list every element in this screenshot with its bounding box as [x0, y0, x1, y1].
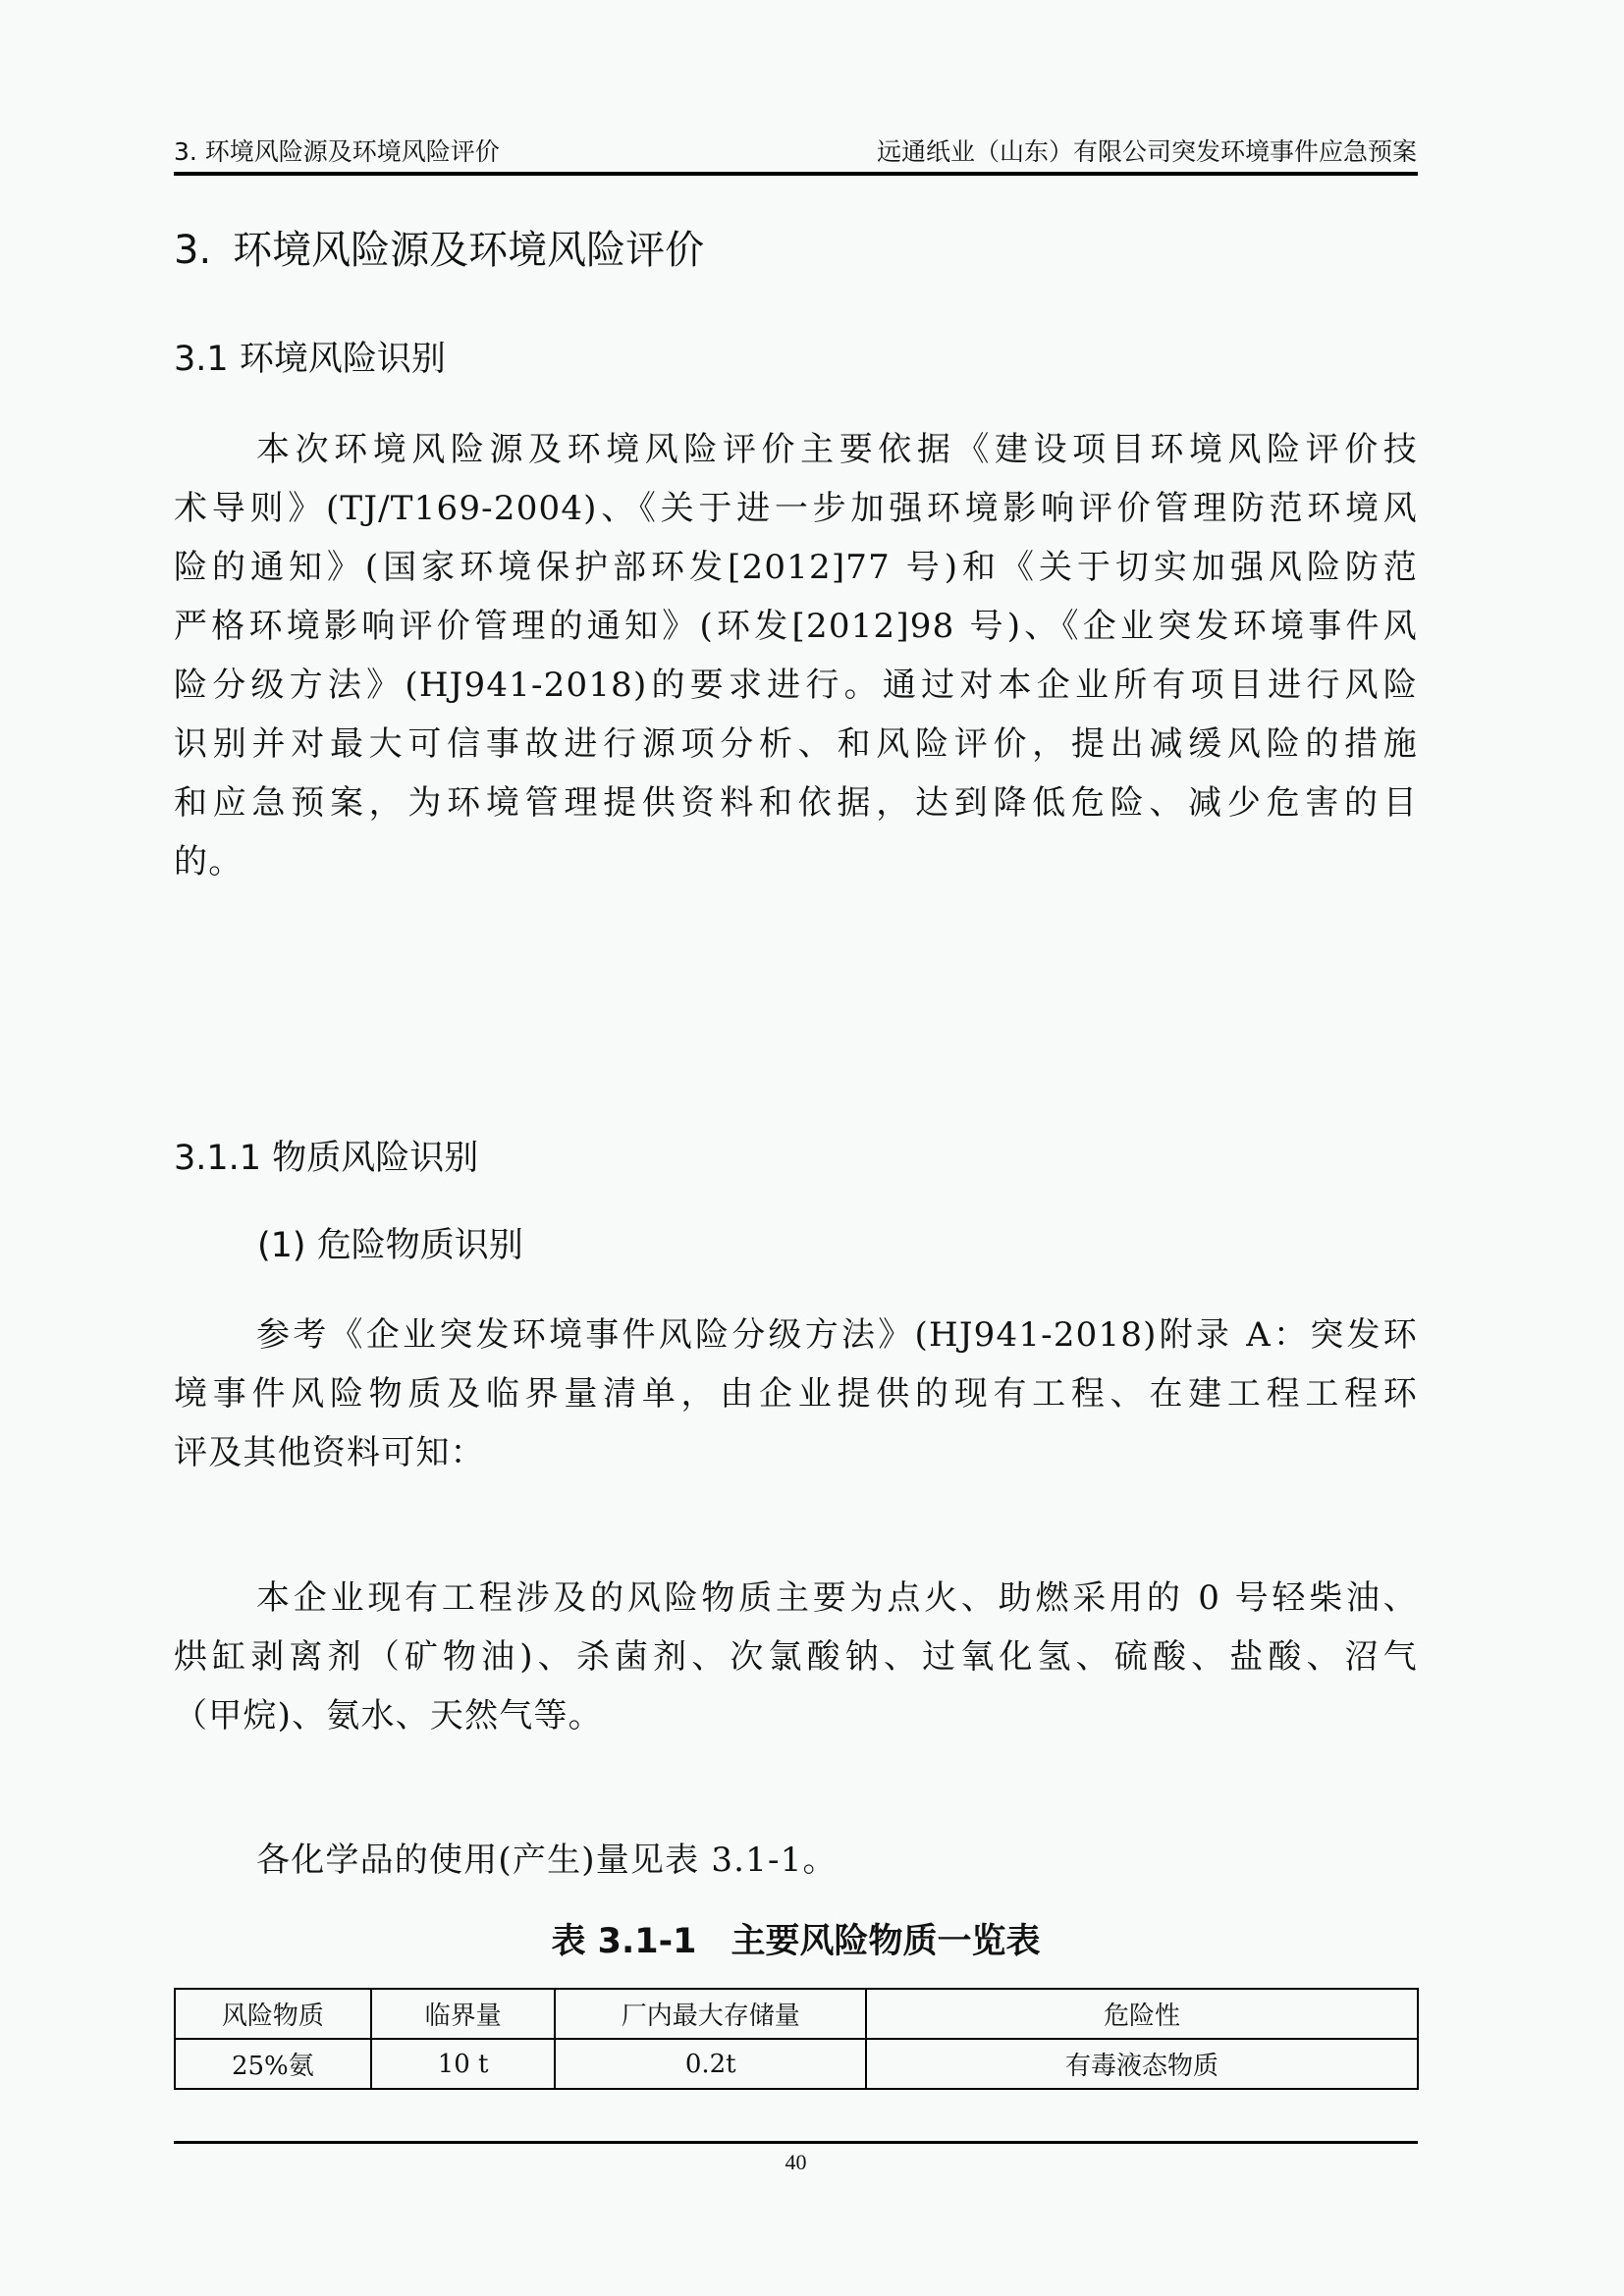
text-line: 识别并对最大可信事故进行源项分析、和风险评价，提出减缓风险的措施 [174, 715, 1418, 774]
paragraph-table-ref: 各化学品的使用(产生)量见表 3.1-1。 [174, 1831, 1418, 1890]
text-line: 境事件风险物质及临界量清单，由企业提供的现有工程、在建工程工程环 [174, 1364, 1418, 1423]
text-line: 险分级方法》(HJ941-2018)的要求进行。通过对本企业所有项目进行风险 [174, 656, 1418, 715]
cell-hazard: 有毒液态物质 [866, 2039, 1418, 2089]
table-caption: 表 3.1-1 主要风险物质一览表 [174, 1920, 1418, 1963]
table-row: 25%氨 10 t 0.2t 有毒液态物质 [175, 2039, 1418, 2089]
text-line: 术导则》(TJ/T169-2004)、《关于进一步加强环境影响评价管理防范环境风 [174, 479, 1418, 538]
column-header-substance: 风险物质 [175, 1989, 371, 2039]
page-number: 40 [174, 2150, 1418, 2175]
risk-substance-table: 风险物质 临界量 厂内最大存储量 危险性 25%氨 10 t 0.2t 有毒液态… [174, 1988, 1419, 2090]
text-line: 本企业现有工程涉及的风险物质主要为点火、助燃采用的 0 号轻柴油、 [174, 1569, 1418, 1628]
text-line: 险的通知》(国家环境保护部环发[2012]77 号)和《关于切实加强风险防范 [174, 538, 1418, 597]
paragraph-reference: 参考《企业突发环境事件风险分级方法》(HJ941-2018)附录 A：突发环 境… [174, 1306, 1418, 1482]
text-line: 参考《企业突发环境事件风险分级方法》(HJ941-2018)附录 A：突发环 [174, 1306, 1418, 1364]
cell-threshold: 10 t [371, 2039, 556, 2089]
text-line: 本次环境风险源及环境风险评价主要依据《建设项目环境风险评价技 [174, 420, 1418, 479]
paragraph-substances: 本企业现有工程涉及的风险物质主要为点火、助燃采用的 0 号轻柴油、 烘缸剥离剂（… [174, 1569, 1418, 1745]
chapter-heading: 3.环境风险源及环境风险评价 [174, 226, 704, 275]
section-number: 3.1 [174, 340, 229, 379]
section-heading: 3.1 环境风险识别 [174, 338, 446, 381]
column-header-max-storage: 厂内最大存储量 [555, 1989, 866, 2039]
cell-max-storage: 0.2t [555, 2039, 866, 2089]
footer-rule [174, 2141, 1418, 2144]
item-title: 危险物质识别 [317, 1226, 523, 1265]
header-rule [174, 172, 1418, 176]
table-header-row: 风险物质 临界量 厂内最大存储量 危险性 [175, 1989, 1418, 2039]
text-line: 烘缸剥离剂（矿物油)、杀菌剂、次氯酸钠、过氧化氢、硫酸、盐酸、沼气 [174, 1628, 1418, 1686]
running-header-left: 3. 环境风险源及环境风险评价 [174, 137, 500, 167]
item-label: (1) [257, 1226, 306, 1265]
running-header-right: 远通纸业（山东）有限公司突发环境事件应急预案 [877, 137, 1417, 167]
item-heading: (1) 危险物质识别 [257, 1224, 523, 1267]
text-line: 的。 [174, 832, 1418, 891]
section-title: 环境风险识别 [240, 340, 446, 379]
subsection-heading: 3.1.1 物质风险识别 [174, 1137, 478, 1180]
chapter-title: 环境风险源及环境风险评价 [233, 228, 704, 273]
cell-substance: 25%氨 [175, 2039, 371, 2089]
subsection-number: 3.1.1 [174, 1139, 261, 1178]
subsection-title: 物质风险识别 [272, 1139, 478, 1178]
text-line: 评及其他资料可知： [174, 1423, 1418, 1482]
text-line: （甲烷)、氨水、天然气等。 [174, 1686, 1418, 1745]
column-header-threshold: 临界量 [371, 1989, 556, 2039]
text-line: 和应急预案，为环境管理提供资料和依据，达到降低危险、减少危害的目 [174, 774, 1418, 832]
paragraph-basis: 本次环境风险源及环境风险评价主要依据《建设项目环境风险评价技 术导则》(TJ/T… [174, 420, 1418, 891]
text-line: 各化学品的使用(产生)量见表 3.1-1。 [174, 1831, 1418, 1890]
column-header-hazard: 危险性 [866, 1989, 1418, 2039]
text-line: 严格环境影响评价管理的通知》(环发[2012]98 号)、《企业突发环境事件风 [174, 597, 1418, 656]
chapter-number: 3. [174, 228, 211, 273]
